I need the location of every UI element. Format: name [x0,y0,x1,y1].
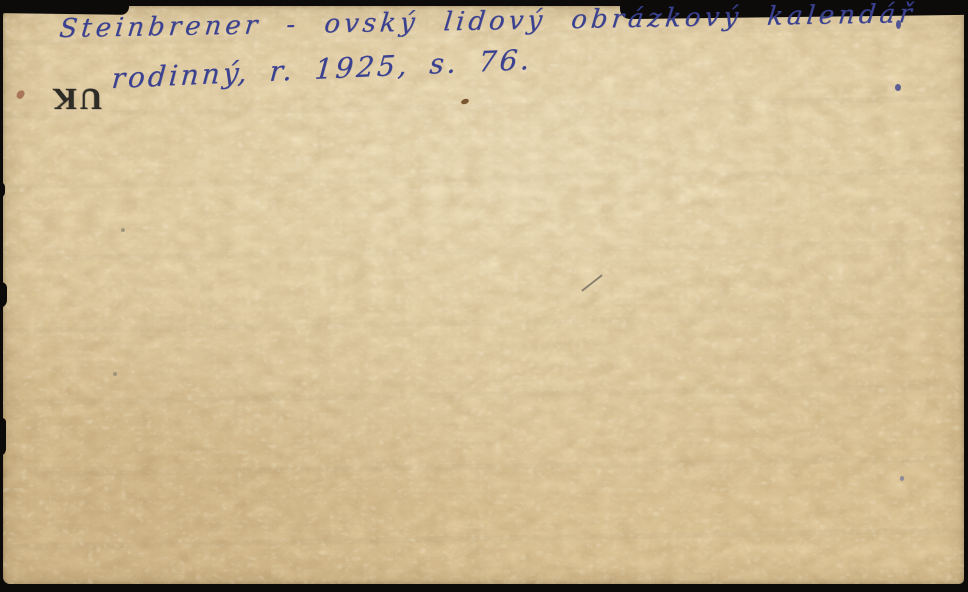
handwriting-line-2: rodinný, r. 1925, s. 76. [110,43,533,95]
scanned-card-background: Steinbrener - ovský lidový obrázkový kal… [0,0,968,592]
paper-speck [121,228,125,232]
handwriting-line-1: Steinbrener - ovský lidový obrázkový kal… [58,0,917,44]
paper-speck [113,372,117,376]
scan-edge-blob [0,418,6,456]
ink-speck [896,20,901,29]
paper-fiber [581,274,603,292]
paper-stain [460,98,469,105]
catalog-card: Steinbrener - ovský lidový obrázkový kal… [3,6,964,584]
library-stamp: UK [45,80,107,118]
ink-speck [895,84,901,91]
scan-edge-blob [0,182,5,198]
paper-stain [15,89,26,100]
ink-speck [900,476,904,481]
scan-edge-blob [0,282,7,308]
